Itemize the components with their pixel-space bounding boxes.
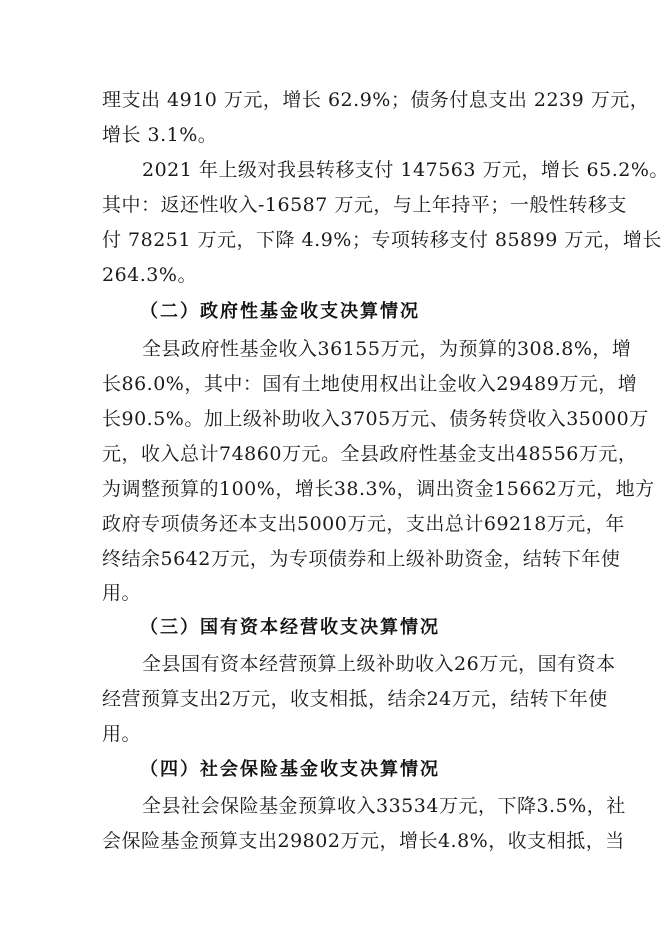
body-line: 为调整预算的100%，增长38.3%，调出资金15662万元，地方	[102, 476, 560, 502]
body-line: 理支出 4910 万元，增长 62.9%；债务付息支出 2239 万元，	[102, 87, 560, 113]
body-line: 全县政府性基金收入36155万元，为预算的308.8%，增	[142, 336, 560, 362]
body-line: 政府专项债务还本支出5000万元，支出总计69218万元，年	[102, 511, 560, 537]
body-line: 长86.0%，其中：国有土地使用权出让金收入29489万元，增	[102, 371, 560, 397]
body-line: 264.3%。	[102, 262, 560, 288]
body-line: 用。	[102, 721, 560, 747]
body-line: 增长 3.1%。	[102, 122, 560, 148]
section-heading-social-insurance: （四）社会保险基金收支决算情况	[140, 757, 440, 783]
section-heading-government-fund: （二）政府性基金收支决算情况	[140, 299, 420, 325]
body-line: 2021 年上级对我县转移支付 147563 万元，增长 65.2%。	[142, 157, 560, 183]
body-line: 付 78251 万元，下降 4.9%；专项转移支付 85899 万元，增长	[102, 227, 560, 253]
body-line: 全县国有资本经营预算上级补助收入26万元，国有资本	[142, 651, 560, 677]
section-heading-state-capital: （三）国有资本经营收支决算情况	[140, 615, 440, 641]
body-line: 长90.5%。加上级补助收入3705万元、债务转贷收入35000万	[102, 406, 560, 432]
body-line: 用。	[102, 580, 560, 606]
body-line: 会保险基金预算支出29802万元，增长4.8%，收支相抵，当	[102, 828, 560, 854]
body-line: 终结余5642万元，为专项债券和上级补助资金，结转下年使	[102, 546, 560, 572]
body-line: 经营预算支出2万元，收支相抵，结余24万元，结转下年使	[102, 686, 560, 712]
body-line: 其中：返还性收入-16587 万元，与上年持平；一般性转移支	[102, 192, 560, 218]
body-line: 全县社会保险基金预算收入33534万元，下降3.5%，社	[142, 793, 560, 819]
document-page: 理支出 4910 万元，增长 62.9%；债务付息支出 2239 万元， 增长 …	[0, 0, 662, 936]
body-line: 元，收入总计74860万元。全县政府性基金支出48556万元，	[102, 441, 560, 467]
